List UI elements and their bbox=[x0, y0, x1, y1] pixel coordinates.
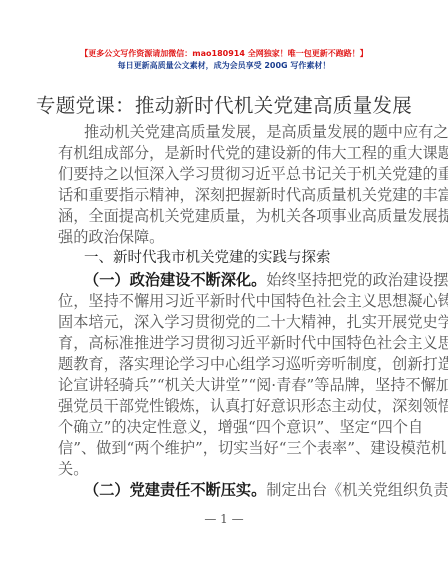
subsection-heading: （二）党建责任不断压实。 bbox=[84, 481, 266, 499]
subsection-first-line: （一）政治建设不断深化。始终坚持把党的政治建设摆在首 bbox=[84, 270, 394, 290]
paragraph-line: 涵，全面提高机关党建质量，为机关各项事业高质量发展提供坚 bbox=[58, 206, 394, 226]
page-number: — 1 — bbox=[0, 512, 448, 526]
paragraph-line: 关。 bbox=[58, 459, 394, 479]
paragraph-line: 推动机关党建高质量发展，是高质量发展的题中应有之义和 bbox=[84, 122, 394, 142]
paragraph-line: 有机组成部分，是新时代党的建设新的伟大工程的重大课题。我 bbox=[58, 143, 394, 163]
paragraph-line: 强党员干部党性锻炼，认真打好意识形态主动仗，深刻领悟“两 bbox=[58, 396, 394, 416]
paragraph-line: 话和重要指示精神，深刻把握新时代高质量机关党建的丰富内 bbox=[58, 185, 394, 205]
subsection-first-line: （二）党建责任不断压实。制定出台《机关党组织负责人抓 bbox=[84, 480, 394, 500]
subsection-text: 制定出台《机关党组织负责人抓 bbox=[266, 481, 448, 499]
paragraph-line: 信”、做到“两个维护”，切实当好“三个表率”、建设模范机 bbox=[58, 438, 394, 458]
subsection-text: 始终坚持把党的政治建设摆在首 bbox=[266, 271, 448, 289]
paragraph-line: 育，高标准推进学习贯彻习近平新时代中国特色社会主义思想主 bbox=[58, 333, 394, 353]
paragraph-line: 个确立”的决定性意义，增强“四个意识”、坚定“四个自 bbox=[58, 417, 394, 437]
paragraph-line: 固本培元，深入学习贯彻党的二十大精神，扎实开展党史学习教 bbox=[58, 312, 394, 332]
document-title: 专题党课：推动新时代机关党建高质量发展 bbox=[0, 90, 448, 118]
paragraph-line: 题教育，落实理论学习中心组学习巡听旁听制度，创新打造“理 bbox=[58, 354, 394, 374]
paragraph-line: 强的政治保障。 bbox=[58, 227, 394, 247]
paragraph-line: 位，坚持不懈用习近平新时代中国特色社会主义思想凝心铸魂、 bbox=[58, 291, 394, 311]
paragraph-line: 论宣讲轻骑兵”“机关大讲堂”“阅·青春”等品牌，坚持不懈加 bbox=[58, 375, 394, 395]
section-heading: 一、新时代我市机关党建的实践与探索 bbox=[84, 248, 331, 268]
paragraph-line: 们要持之以恒深入学习贯彻习近平总书记关于机关党建的重要讲 bbox=[58, 164, 394, 184]
document-page: 【更多公文写作资源请加微信：mao180914 全网独家！唯一包更新不跑路！】 … bbox=[0, 0, 448, 580]
subsection-heading: （一）政治建设不断深化。 bbox=[84, 271, 266, 289]
promo-banner-line1: 【更多公文写作资源请加微信：mao180914 全网独家！唯一包更新不跑路！】 bbox=[0, 48, 448, 59]
promo-banner-line2: 每日更新高质量公文素材，成为会员享受 200G 写作素材！ bbox=[0, 60, 448, 71]
